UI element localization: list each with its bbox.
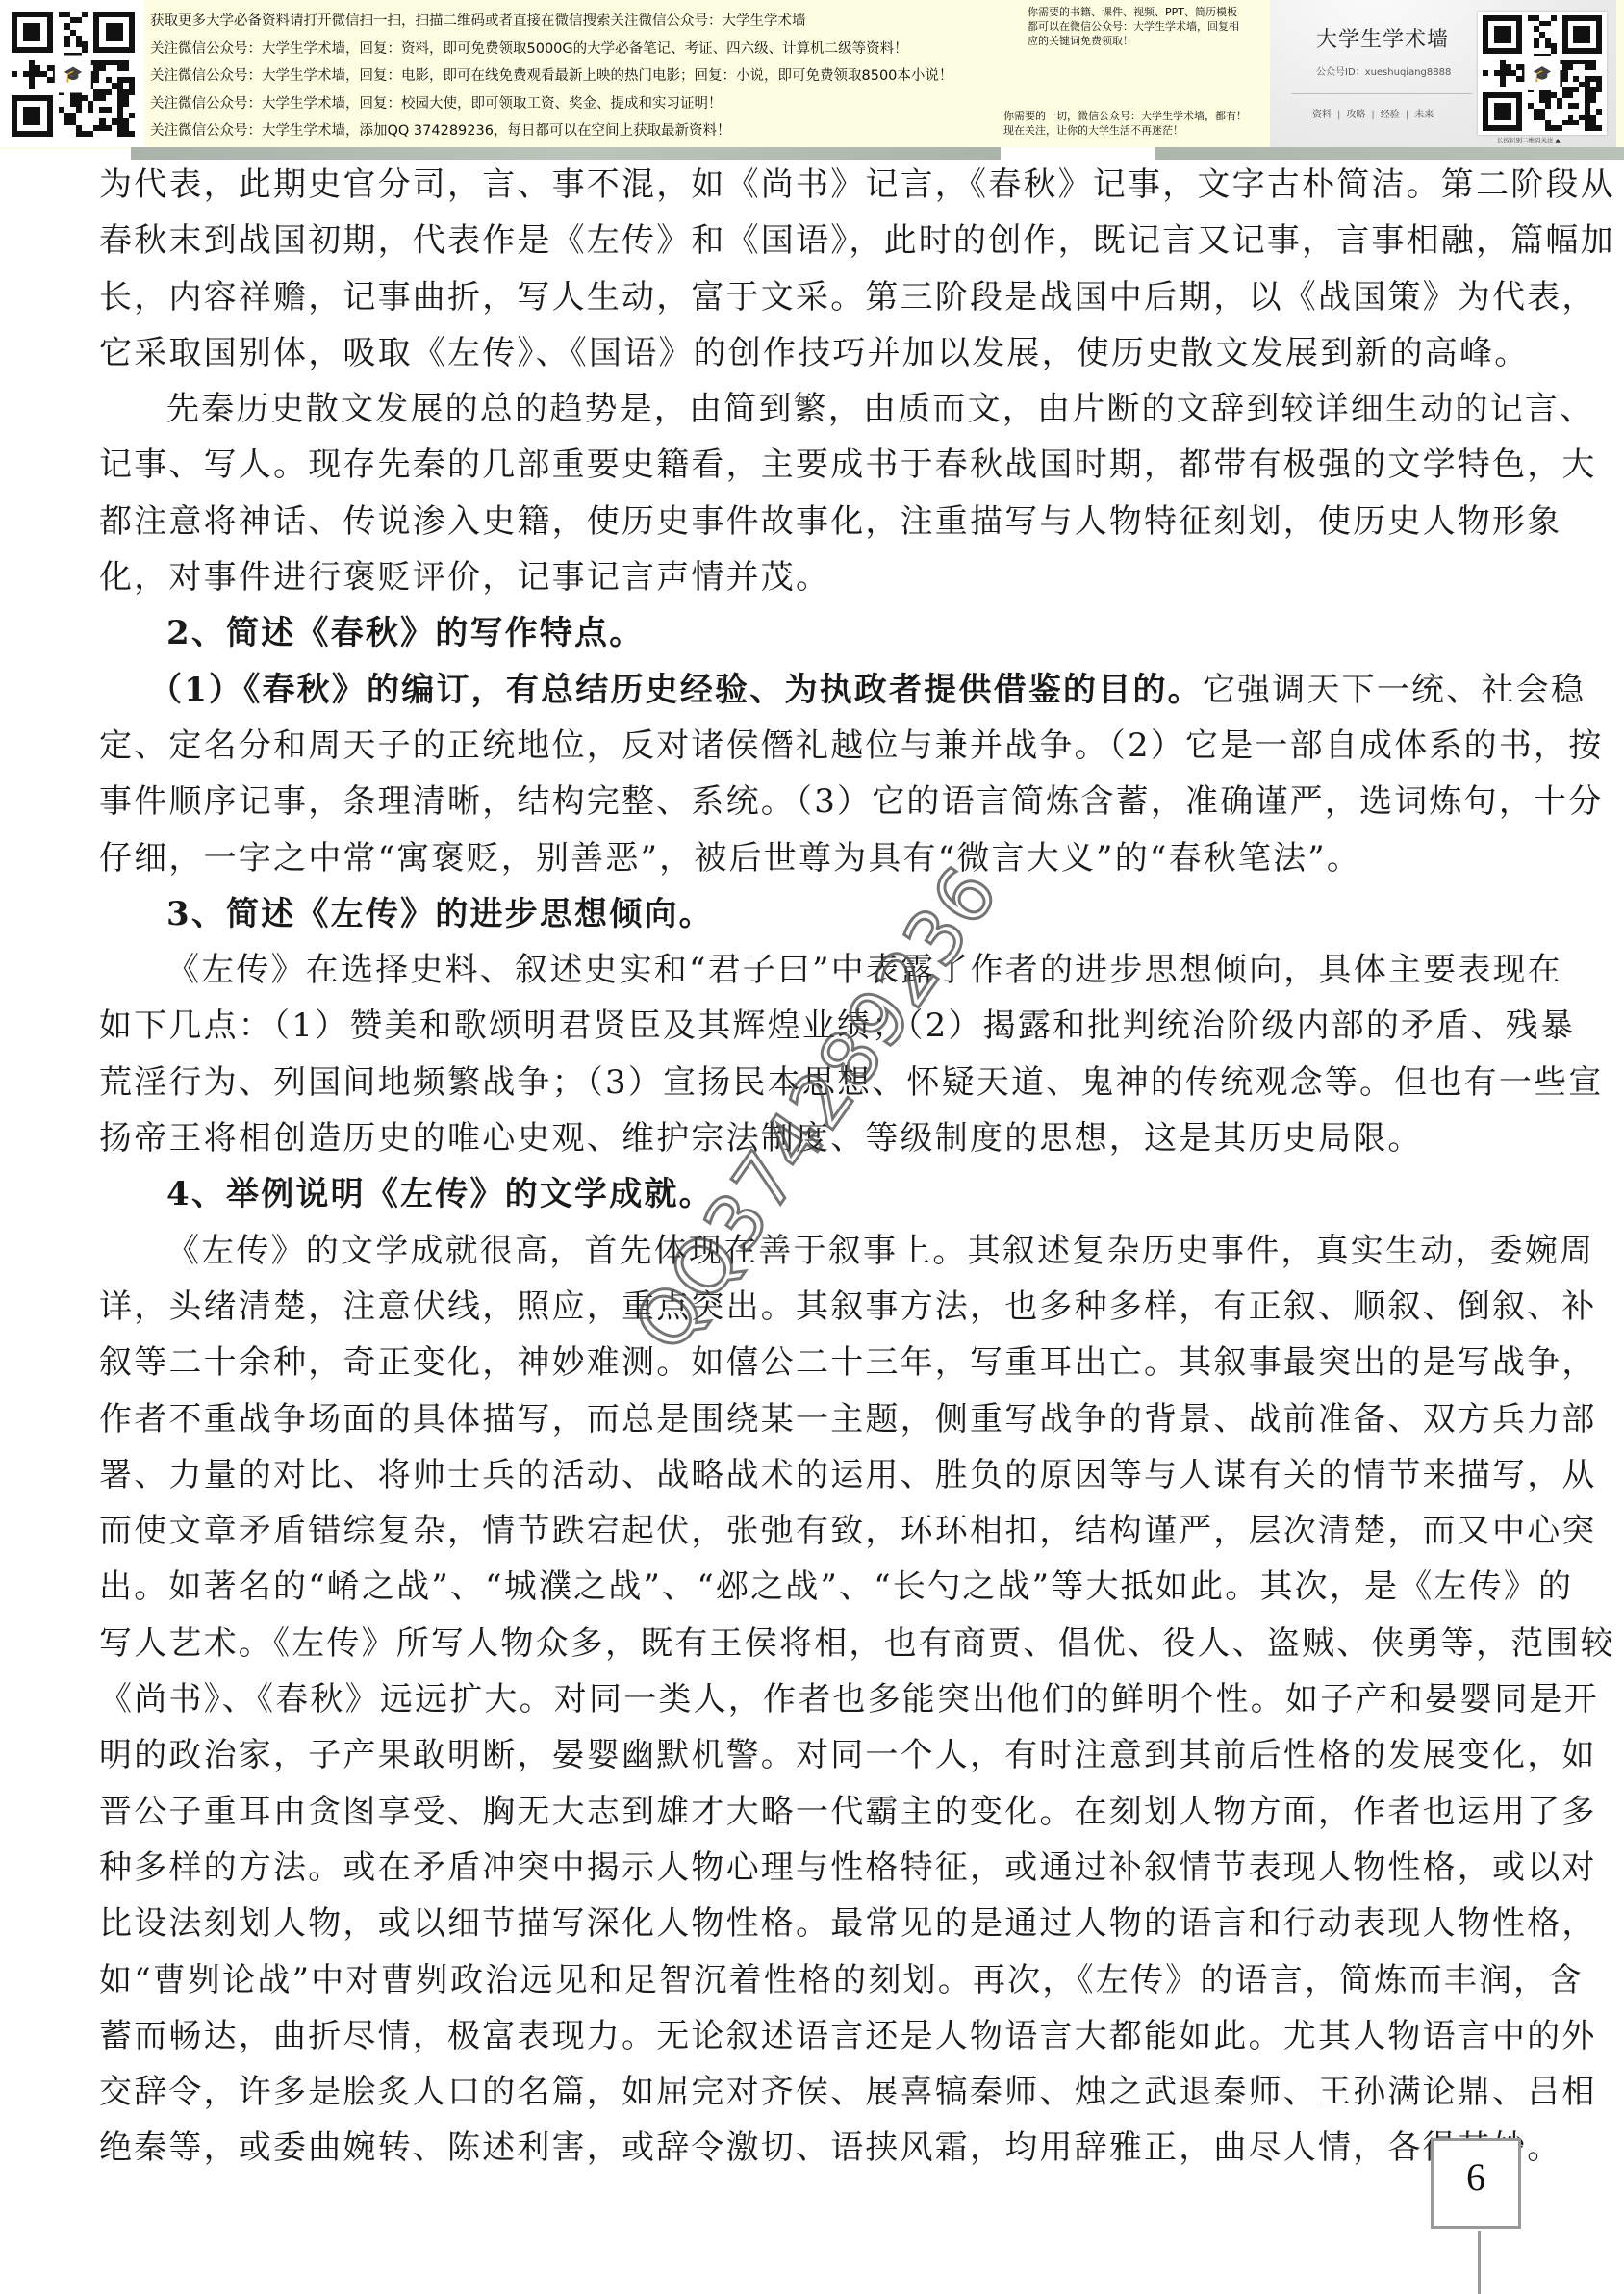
text-line: 而使文章矛盾错综复杂，情节跌宕起伏，张弛有致，环环相扣，结构谨严，层次清楚，而又…	[99, 1503, 1533, 1559]
text-line: 如下几点：（1）赞美和歌颂明君贤臣及其辉煌业绩；（2）揭露和批判统治阶级内部的矛…	[99, 998, 1533, 1054]
tag: 经验	[1381, 110, 1400, 120]
card-qr-container: 🎓	[1478, 12, 1607, 135]
text-line: 长，内容祥赡，记事曲折，写人生动，富于文采。第三阶段是战国中后期，以《战国策》为…	[99, 269, 1533, 325]
text-line: 化，对事件进行褒贬评价，记事记言声情并茂。	[99, 549, 1533, 605]
text-line: 详，头绪清楚，注意伏线，照应，重点突出。其叙事方法，也多种多样，有正叙、顺叙、倒…	[99, 1279, 1533, 1335]
text-line: 绝秦等，或委曲婉转、陈述利害，或辞令激切、语挟风霜，均用辞雅正，曲尽人情，各得其…	[99, 2120, 1533, 2176]
text-line: 先秦历史散文发展的总的趋势是，由简到繁，由质而文，由片断的文辞到较详细生动的记言…	[99, 381, 1533, 437]
text-line: （1）《春秋》的编订，有总结历史经验、为执政者提供借鉴的目的。它强调天下一统、社…	[99, 662, 1533, 718]
text-line: 荒淫行为、列国间地频繁战争；（3）宣扬民本思想、怀疑天道、鬼神的传统观念等。但也…	[99, 1055, 1533, 1110]
text-span: 它强调天下一统、社会稳	[1203, 671, 1586, 709]
left-qr-container: 🎓	[0, 0, 144, 147]
text-line: 事件顺序记事，条理清晰，结构完整、系统。（3）它的语言简炼含蓄，准确谨严，选词炼…	[99, 774, 1533, 829]
question-heading-4: 4、举例说明《左传》的文学成就。	[99, 1166, 1533, 1222]
card-tags: 资料|攻略|经验|未来	[1312, 106, 1434, 120]
text-line: 明的政治家，子产果敢明断，晏婴幽默机警。对同一个人，有时注意到其前后性格的发展变…	[99, 1727, 1533, 1783]
tag: 资料	[1312, 110, 1332, 120]
account-card: 大学生学术墙 公众号ID：xueshuqiang8888 资料|攻略|经验|未来…	[1270, 0, 1616, 147]
text-line: 定、定名分和周天子的正统地位，反对诸侯僭礼越位与兼并战争。（2）它是一部自成体系…	[99, 718, 1533, 774]
text-line: 春秋末到战国初期，代表作是《左传》和《国语》，此时的创作，既记言又记事，言事相融…	[99, 213, 1533, 268]
text-line: 它采取国别体，吸取《左传》、《国语》的创作技巧并加以发展，使历史散文发展到新的高…	[99, 325, 1533, 381]
tag: 攻略	[1346, 110, 1365, 120]
text-line: 《左传》在选择史料、叙述史实和“君子曰”中表露了作者的进步思想倾向，具体主要表现…	[99, 942, 1533, 998]
page-number-stem	[1478, 2231, 1481, 2294]
text-line: 作者不重战争场面的具体描写，而总是围绕某一主题，侧重写战争的背景、战前准备、双方…	[99, 1391, 1533, 1447]
qr-code-icon[interactable]: 🎓	[1483, 15, 1602, 131]
side-text: 应的关键词免费领取！	[1028, 34, 1239, 48]
banner-side-top: 你需要的书籍、课件、视频、PPT、简历模板 都可以在微信公众号：大学生学术墙，回…	[1028, 5, 1239, 48]
banner-text-lines: 获取更多大学必备资料请打开微信扫一扫，扫描二维码或者直接在微信搜索关注微信公众号…	[150, 8, 1016, 145]
text-line: 交辞令，许多是脍炙人口的名篇，如屈完对齐侯、展喜犒秦师、烛之武退秦师、王孙满论鼎…	[99, 2064, 1533, 2120]
banner-line: 关注微信公众号：大学生学术墙，回复：校园大使，即可领取工资、奖金、提成和实习证明…	[150, 90, 1016, 118]
graduation-cap-icon: 🎓	[55, 56, 91, 93]
card-title: 大学生学术墙	[1316, 23, 1449, 53]
text-line: 扬帝王将相创造历史的唯心史观、维护宗法制度、等级制度的思想，这是其历史局限。	[99, 1110, 1533, 1166]
side-text: 你需要的一切，微信公众号：大学生学术墙，都有！	[1003, 109, 1247, 123]
text-line: 晋公子重耳由贪图享受、胸无大志到雄才大略一代霸主的变化。在刻划人物方面，作者也运…	[99, 1784, 1533, 1840]
question-heading-3: 3、简述《左传》的进步思想倾向。	[99, 886, 1533, 942]
text-line: 仔细，一字之中常“寓褒贬，别善恶”，被后世尊为具有“微言大义”的“春秋笔法”。	[99, 830, 1533, 886]
paragraph-trend: 先秦历史散文发展的总的趋势是，由简到繁，由质而文，由片断的文辞到较详细生动的记言…	[99, 381, 1533, 605]
text-line: 比设法刻划人物，或以细节描写深化人物性格。最常见的是通过人物的语言和行动表现人物…	[99, 1896, 1533, 1951]
banner-side-bottom: 你需要的一切，微信公众号：大学生学术墙，都有！ 现在关注，让你的大学生活不再迷茫…	[1003, 109, 1247, 138]
text-line: 种多样的方法。或在矛盾冲突中揭示人物心理与性格特征，或通过补叙情节表现人物性格，…	[99, 1840, 1533, 1896]
text-line: 叙等二十余种，奇正变化，神妙难测。如僖公二十三年，写重耳出亡。其叙事最突出的是写…	[99, 1335, 1533, 1390]
document-body: 为代表，此期史官分司，言、事不混，如《尚书》记言，《春秋》记事，文字古朴简洁。第…	[99, 157, 1533, 2177]
text-line: 蓄而畅达，曲折尽情，极富表现力。无论叙述语言还是人物语言大都能如此。尤其人物语言…	[99, 2008, 1533, 2064]
graduation-cap-icon: 🎓	[1524, 56, 1560, 90]
page-number: 6	[1431, 2138, 1521, 2229]
tag: 未来	[1414, 110, 1434, 120]
text-line: 《尚书》、《春秋》远远扩大。对同一类人，作者也多能突出他们的鲜明个性。如子产和晏…	[99, 1671, 1533, 1727]
text-line: 如“曹刿论战”中对曹刿政治远见和足智沉着性格的刻划。再次，《左传》的语言，简炼而…	[99, 1952, 1533, 2008]
question-heading-2: 2、简述《春秋》的写作特点。	[99, 605, 1533, 661]
qr-caption: 长按识别二维码关注 ▲	[1497, 136, 1561, 144]
side-text: 你需要的书籍、课件、视频、PPT、简历模板	[1028, 5, 1239, 19]
text-line: 都注意将神话、传说渗入史籍，使历史事件故事化，注重描写与人物特征刻划，使历史人物…	[99, 494, 1533, 549]
banner-line: 获取更多大学必备资料请打开微信扫一扫，扫描二维码或者直接在微信搜索关注微信公众号…	[150, 8, 1016, 36]
paragraph-stages: 为代表，此期史官分司，言、事不混，如《尚书》记言，《春秋》记事，文字古朴简洁。第…	[99, 157, 1533, 381]
side-text: 都可以在微信公众号：大学生学术墙，回复相	[1028, 19, 1239, 34]
paragraph-chunqiu: （1）《春秋》的编订，有总结历史经验、为执政者提供借鉴的目的。它强调天下一统、社…	[99, 662, 1533, 886]
card-account-id: 公众号ID：xueshuqiang8888	[1316, 64, 1451, 78]
text-line: 署、力量的对比、将帅士兵的活动、战略战术的运用、胜负的原因等与人谋有关的情节来描…	[99, 1447, 1533, 1503]
paragraph-zuozhuan-thought: 《左传》在选择史料、叙述史实和“君子曰”中表露了作者的进步思想倾向，具体主要表现…	[99, 942, 1533, 1166]
text-line: 为代表，此期史官分司，言、事不混，如《尚书》记言，《春秋》记事，文字古朴简洁。第…	[99, 157, 1533, 213]
qr-code-icon[interactable]: 🎓	[12, 12, 135, 137]
banner-line: 关注微信公众号：大学生学术墙，添加QQ 374289236，每日都可以在空间上获…	[150, 117, 1016, 145]
banner-line: 关注微信公众号：大学生学术墙，回复：资料，即可免费领取5000G的大学必备笔记、…	[150, 36, 1016, 64]
paragraph-zuozhuan-literary: 《左传》的文学成就很高，首先体现在善于叙事上。其叙述复杂历史事件，真实生动，委婉…	[99, 1223, 1533, 2177]
text-line: 记事、写人。现存先秦的几部重要史籍看，主要成书于春秋战国时期，都带有极强的文学特…	[99, 437, 1533, 493]
text-line: 出。如著名的“崤之战”、“城濮之战”、“邲之战”、“长勺之战”等大抵如此。其次，…	[99, 1559, 1533, 1615]
divider	[1291, 93, 1472, 94]
bold-lead: （1）《春秋》的编订，有总结历史经验、为执政者提供借鉴的目的。	[149, 671, 1203, 709]
banner-line: 关注微信公众号：大学生学术墙，回复：电影，即可在线免费观看最新上映的热门电影；回…	[150, 63, 1016, 90]
text-line: 写人艺术。《左传》所写人物众多，既有王侯将相，也有商贾、倡优、役人、盗贼、侠勇等…	[99, 1616, 1533, 1671]
text-line: 《左传》的文学成就很高，首先体现在善于叙事上。其叙述复杂历史事件，真实生动，委婉…	[99, 1223, 1533, 1279]
side-text: 现在关注，让你的大学生活不再迷茫！	[1003, 123, 1247, 138]
